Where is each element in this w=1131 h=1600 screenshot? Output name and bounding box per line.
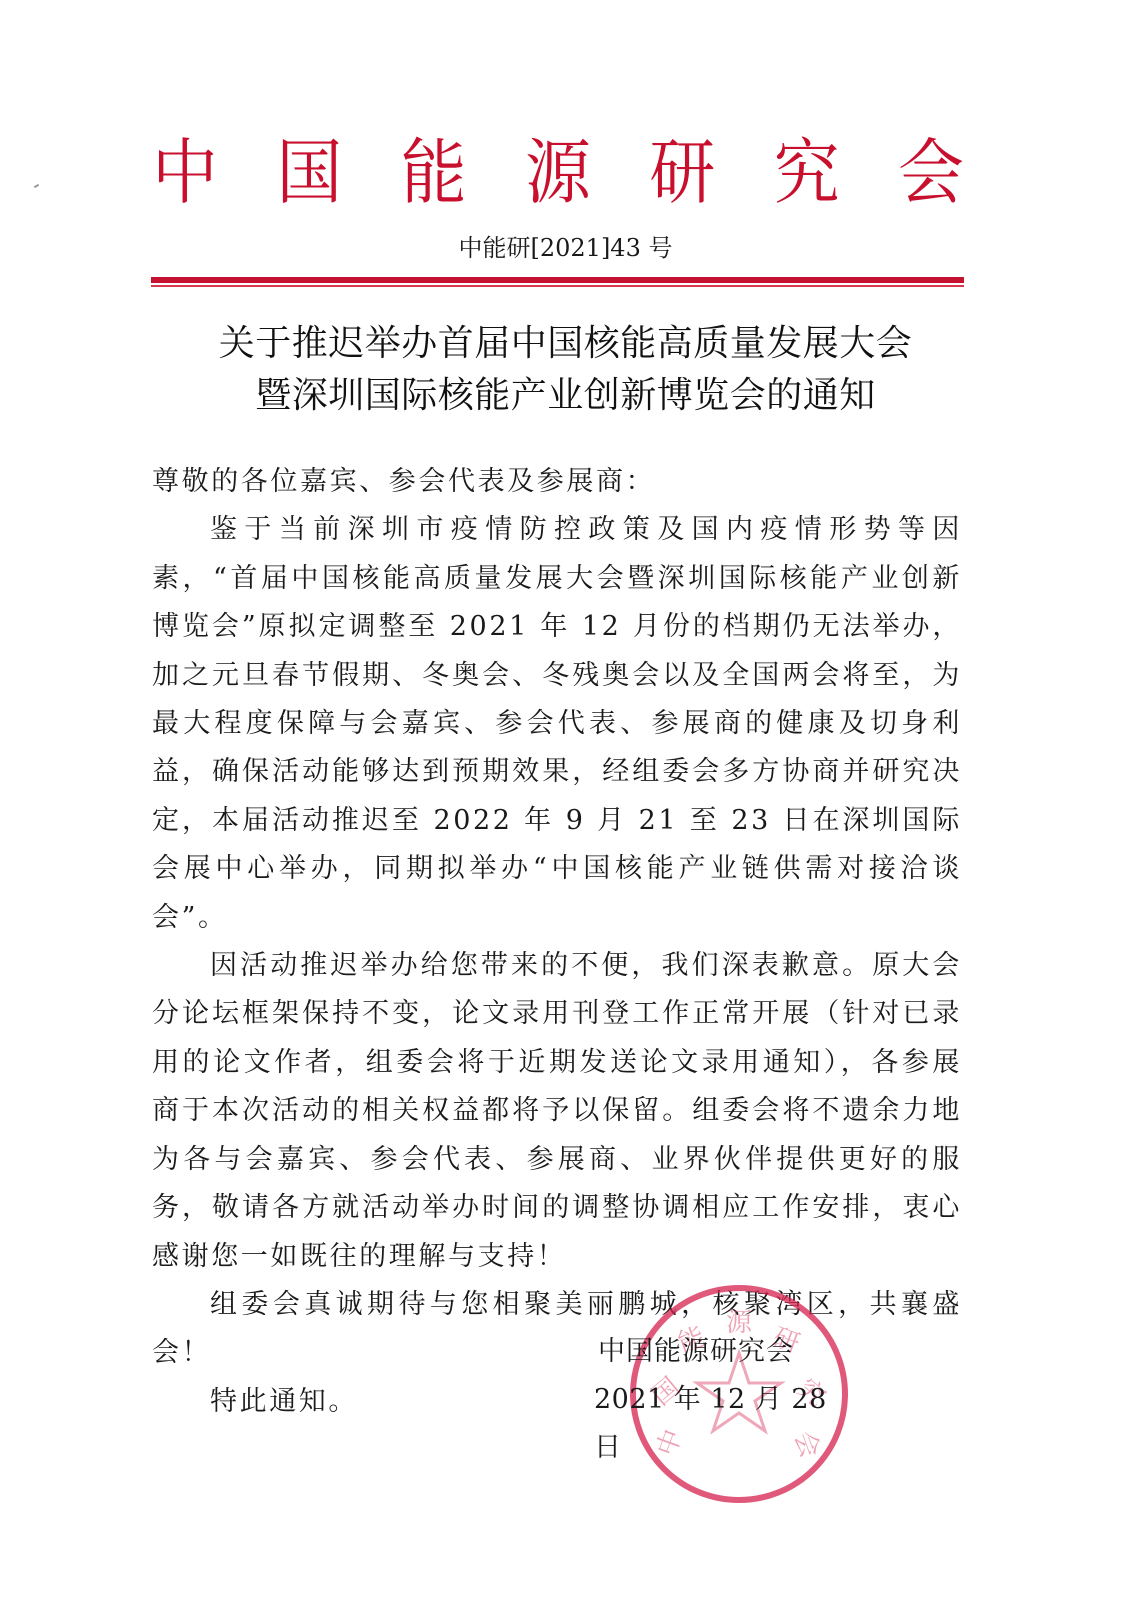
letterhead-organization: 中 国 能 源 研 究 会 [150, 128, 966, 218]
letterhead-char: 能 [399, 124, 469, 221]
document-number: 中能研[2021]43 号 [0, 228, 1131, 268]
salutation: 尊敬的各位嘉宾、参会代表及参展商： [152, 458, 962, 506]
signature-organization: 中国能源研究会 [560, 1328, 860, 1376]
notice-title: 关于推迟举办首届中国核能高质量发展大会 暨深圳国际核能产业创新博览会的通知 [0, 318, 1131, 422]
signature-date: 2021 年 12 月 28 日 [560, 1376, 860, 1472]
body-paragraph: 因活动推迟举办给您带来的不便，我们深表歉意。原大会分论坛框架保持不变，论文录用刊… [152, 942, 962, 1281]
letterhead-char: 研 [647, 124, 717, 221]
letterhead-char: 究 [772, 124, 842, 221]
letterhead-char: 会 [896, 124, 966, 221]
letterhead-divider-thin [151, 285, 964, 287]
notice-body: 尊敬的各位嘉宾、参会代表及参展商： 鉴于当前深圳市疫情防控政策及国内疫情形势等因… [152, 458, 962, 1426]
letterhead-char: 中 [150, 124, 220, 221]
signature-block: 中国能源研究会 2021 年 12 月 28 日 [560, 1328, 860, 1472]
document-page: 中 国 能 源 研 究 会 中能研[2021]43 号 关于推迟举办首届中国核能… [0, 0, 1131, 1600]
title-line-2: 暨深圳国际核能产业创新博览会的通知 [0, 370, 1131, 422]
title-line-1: 关于推迟举办首届中国核能高质量发展大会 [0, 318, 1131, 370]
body-paragraph: 鉴于当前深圳市疫情防控政策及国内疫情形势等因素，“首届中国核能高质量发展大会暨深… [152, 506, 962, 942]
scan-artifact [34, 184, 39, 188]
letterhead-char: 源 [523, 124, 593, 221]
letterhead-divider [151, 277, 964, 283]
letterhead-char: 国 [274, 124, 344, 221]
